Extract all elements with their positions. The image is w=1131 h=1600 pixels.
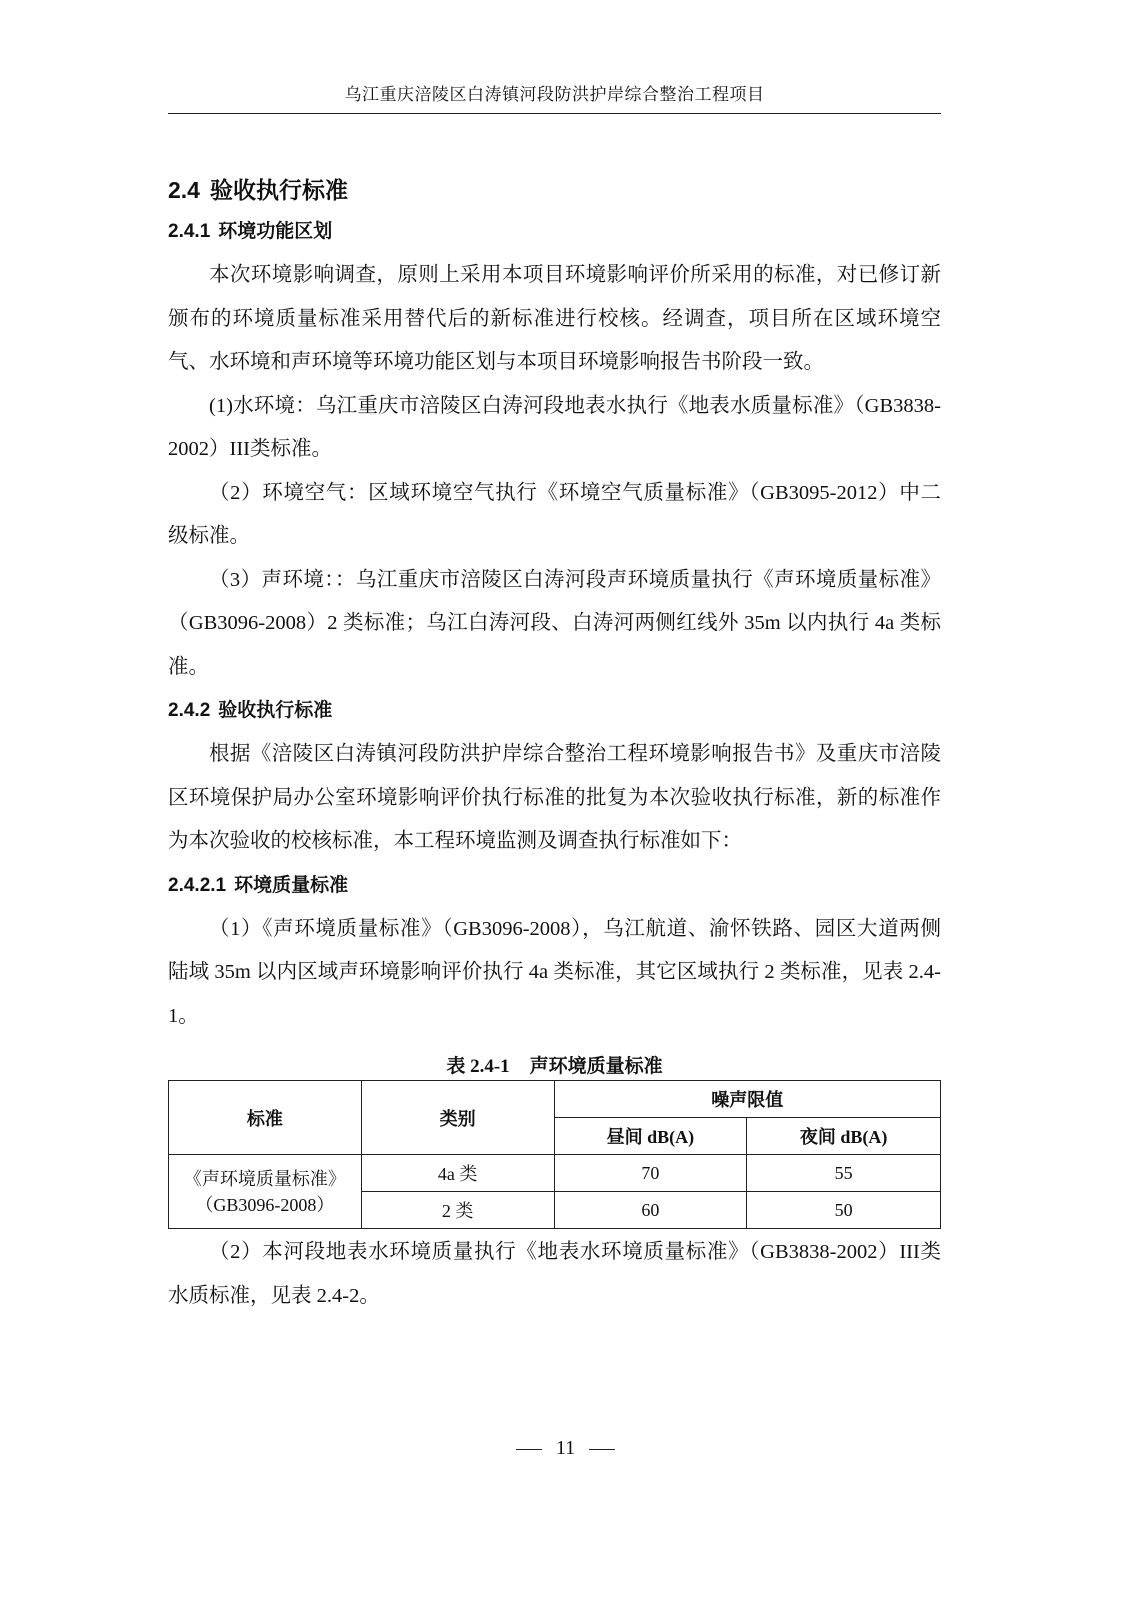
table-caption: 表 2.4-1声环境质量标准	[168, 1054, 941, 1080]
header-noise-limit: 噪声限值	[554, 1081, 941, 1118]
category-cell: 4a 类	[361, 1155, 554, 1192]
night-cell: 55	[747, 1155, 941, 1192]
subsubsection-heading: 2.4.2.1环境质量标准	[168, 864, 941, 908]
subsection-number: 2.4.1	[168, 221, 210, 242]
day-cell: 60	[554, 1192, 747, 1229]
dash-decoration	[516, 1449, 542, 1450]
subsection-heading: 2.4.1环境功能区划	[168, 210, 941, 254]
standard-name: 《声环境质量标准》	[169, 1166, 361, 1192]
subsection-title: 环境功能区划	[218, 221, 332, 242]
day-cell: 70	[554, 1155, 747, 1192]
paragraph: （1）《声环境质量标准》（GB3096-2008），乌江航道、渝怀铁路、园区大道…	[168, 908, 941, 1039]
paragraph: （2）环境空气：区域环境空气执行《环境空气质量标准》（GB3095-2012）中…	[168, 472, 941, 559]
section-heading: 2.4验收执行标准	[168, 170, 941, 210]
category-cell: 2 类	[361, 1192, 554, 1229]
dash-decoration	[589, 1449, 615, 1450]
table-header-row: 标准 类别 噪声限值	[169, 1081, 941, 1118]
header-standard: 标准	[169, 1081, 362, 1155]
standard-cell: 《声环境质量标准》 （GB3096-2008）	[169, 1155, 362, 1229]
subsection-title: 验收执行标准	[218, 700, 332, 721]
table-row: 《声环境质量标准》 （GB3096-2008） 4a 类 70 55	[169, 1155, 941, 1192]
running-header: 乌江重庆涪陵区白涛镇河段防洪护岸综合整治工程项目	[168, 80, 941, 114]
subsection-heading: 2.4.2验收执行标准	[168, 689, 941, 733]
subsubsection-number: 2.4.2.1	[168, 875, 226, 896]
section-title: 验收执行标准	[210, 177, 348, 203]
page-footer: 11	[0, 1437, 1131, 1460]
page-number: 11	[556, 1437, 575, 1459]
section-number: 2.4	[168, 177, 200, 203]
header-day: 昼间 dB(A)	[554, 1118, 747, 1155]
header-night: 夜间 dB(A)	[747, 1118, 941, 1155]
paragraph: 根据《涪陵区白涛镇河段防洪护岸综合整治工程环境影响报告书》及重庆市涪陵区环境保护…	[168, 733, 941, 864]
table-number: 表 2.4-1	[446, 1056, 509, 1077]
noise-standard-table: 标准 类别 噪声限值 昼间 dB(A) 夜间 dB(A) 《声环境质量标准》 （…	[168, 1080, 941, 1229]
document-body: 2.4验收执行标准 2.4.1环境功能区划 本次环境影响调查，原则上采用本项目环…	[168, 170, 941, 1318]
paragraph: （3）声环境：：乌江重庆市涪陵区白涛河段声环境质量执行《声环境质量标准》（GB3…	[168, 559, 941, 690]
table-title: 声环境质量标准	[530, 1056, 663, 1077]
standard-code: （GB3096-2008）	[169, 1192, 361, 1218]
header-title: 乌江重庆涪陵区白涛镇河段防洪护岸综合整治工程项目	[345, 85, 765, 104]
paragraph: （2）本河段地表水环境质量执行《地表水环境质量标准》（GB3838-2002）I…	[168, 1231, 941, 1318]
paragraph: (1)水环境：乌江重庆市涪陵区白涛河段地表水执行《地表水质量标准》（GB3838…	[168, 385, 941, 472]
header-category: 类别	[361, 1081, 554, 1155]
night-cell: 50	[747, 1192, 941, 1229]
subsection-number: 2.4.2	[168, 700, 210, 721]
paragraph: 本次环境影响调查，原则上采用本项目环境影响评价所采用的标准，对已修订新颁布的环境…	[168, 254, 941, 385]
subsubsection-title: 环境质量标准	[234, 875, 348, 896]
